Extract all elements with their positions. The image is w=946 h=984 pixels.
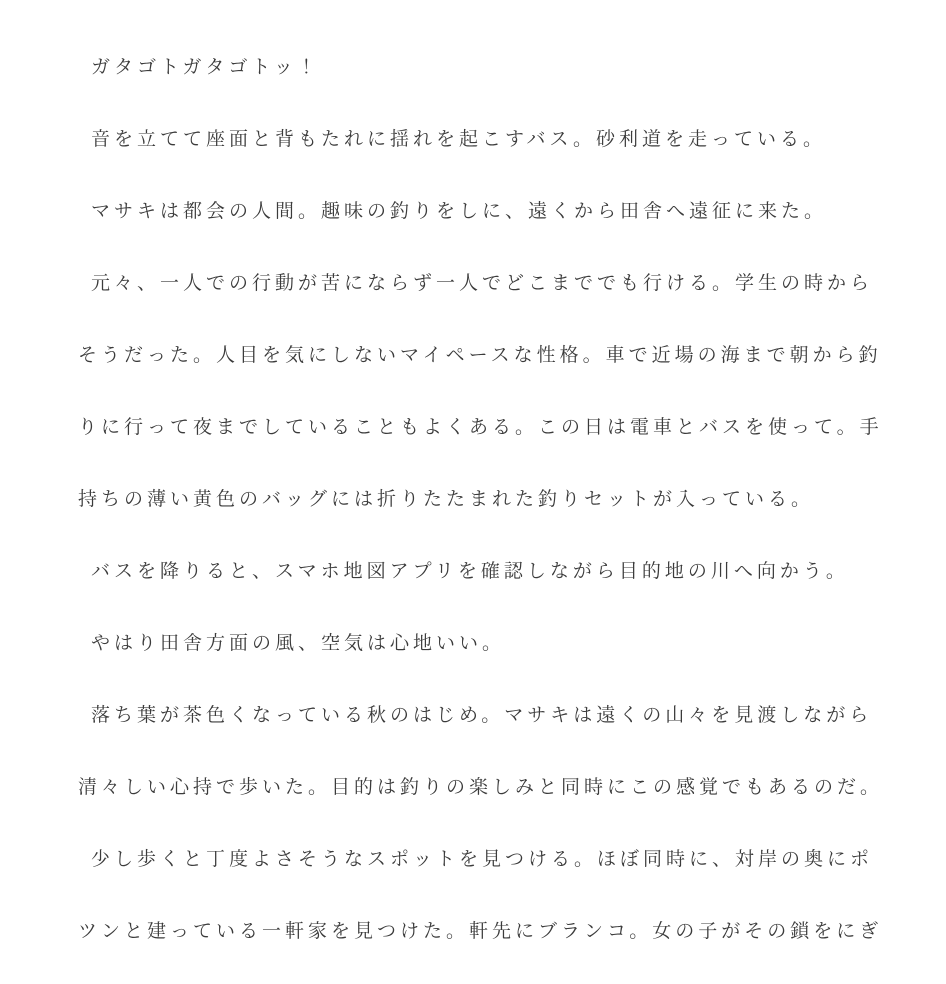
text-line: マサキは都会の人間。趣味の釣りをしに、遠くから田舎へ遠征に来た。 <box>78 176 876 248</box>
text-line: 持ちの薄い黄色のバッグには折りたたまれた釣りセットが入っている。 <box>78 464 876 536</box>
text-line: ツンと建っている一軒家を見つけた。軒先にブランコ。女の子がその鎖をにぎ <box>78 896 876 968</box>
text-line: 音を立てて座面と背もたれに揺れを起こすバス。砂利道を走っている。 <box>78 104 876 176</box>
document-page: ガタゴトガタゴトッ！ 音を立てて座面と背もたれに揺れを起こすバス。砂利道を走って… <box>0 0 946 984</box>
text-line: 元々、一人での行動が苦にならず一人でどこまででも行ける。学生の時から <box>78 248 876 320</box>
text-line: りに行って夜までしていることもよくある。この日は電車とバスを使って。手 <box>78 392 876 464</box>
text-line: バスを降りると、スマホ地図アプリを確認しながら目的地の川へ向かう。 <box>78 536 876 608</box>
text-line: ガタゴトガタゴトッ！ <box>78 32 876 104</box>
text-line: 落ち葉が茶色くなっている秋のはじめ。マサキは遠くの山々を見渡しながら <box>78 680 876 752</box>
text-line: 少し歩くと丁度よさそうなスポットを見つける。ほぼ同時に、対岸の奥にポ <box>78 824 876 896</box>
text-line: そうだった。人目を気にしないマイペースな性格。車で近場の海まで朝から釣 <box>78 320 876 392</box>
text-line: やはり田舎方面の風、空気は心地いい。 <box>78 608 876 680</box>
text-line: 清々しい心持で歩いた。目的は釣りの楽しみと同時にこの感覚でもあるのだ。 <box>78 752 876 824</box>
